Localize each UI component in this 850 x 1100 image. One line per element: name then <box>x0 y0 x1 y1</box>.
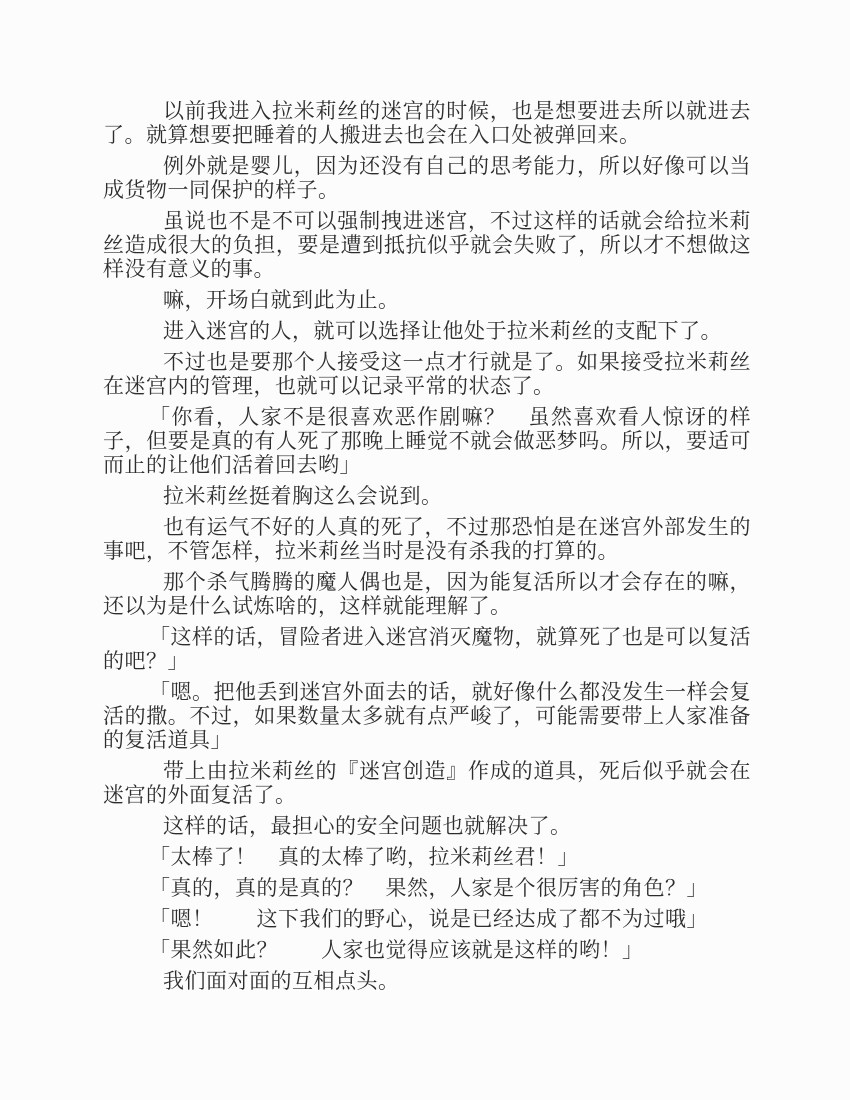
paragraph-narration: 例外就是婴儿，因为还没有自己的思考能力，所以好像可以当成货物一同保护的样子。 <box>103 154 751 202</box>
paragraph-narration: 以前我进入拉米莉丝的迷宫的时候，也是想要进去所以就进去了。就算想要把睡着的人搬进… <box>103 99 751 147</box>
paragraph-dialogue: 「这样的话，冒险者进入迷宫消灭魔物，就算死了也是可以复活的吧？」 <box>103 625 751 673</box>
paragraph-narration: 虽说也不是不可以强制拽进迷宫，不过这样的话就会给拉米莉丝造成很大的负担，要是遭到… <box>103 209 751 281</box>
paragraph-narration: 我们面对面的互相点头。 <box>103 969 751 993</box>
paragraph-narration: 也有运气不好的人真的死了，不过那恐怕是在迷宫外部发生的事吧，不管怎样，拉米莉丝当… <box>103 515 751 563</box>
paragraph-narration: 拉米莉丝挺着胸这么会说到。 <box>103 484 751 508</box>
paragraph-dialogue: 「嗯。把他丢到迷宫外面去的话，就好像什么都没发生一样会复活的撒。不过，如果数量太… <box>103 680 751 752</box>
paragraph-narration: 带上由拉米莉丝的『迷宫创造』作成的道具，死后似乎就会在迷宫的外面复活了。 <box>103 759 751 807</box>
novel-page: 以前我进入拉米莉丝的迷宫的时候，也是想要进去所以就进去了。就算想要把睡着的人搬进… <box>0 0 850 1100</box>
novel-text-container: 以前我进入拉米莉丝的迷宫的时候，也是想要进去所以就进去了。就算想要把睡着的人搬进… <box>103 99 751 1000</box>
paragraph-dialogue: 「太棒了！ 真的太棒了哟，拉米莉丝君！」 <box>103 845 751 869</box>
paragraph-dialogue: 「真的，真的是真的？ 果然，人家是个很厉害的角色？」 <box>103 876 751 900</box>
paragraph-narration: 进入迷宫的人，就可以选择让他处于拉米莉丝的支配下了。 <box>103 319 751 343</box>
paragraph-narration: 嘛，开场白就到此为止。 <box>103 288 751 312</box>
paragraph-narration: 不过也是要那个人接受这一点才行就是了。如果接受拉米莉丝在迷宫内的管理，也就可以记… <box>103 350 751 398</box>
paragraph-dialogue: 「果然如此？ 人家也觉得应该就是这样的哟！」 <box>103 938 751 962</box>
paragraph-narration: 这样的话，最担心的安全问题也就解决了。 <box>103 814 751 838</box>
paragraph-dialogue: 「嗯！ 这下我们的野心，说是已经达成了都不为过哦」 <box>103 907 751 931</box>
paragraph-dialogue: 「你看，人家不是很喜欢恶作剧嘛？ 虽然喜欢看人惊讶的样子，但要是真的有人死了那晚… <box>103 405 751 477</box>
paragraph-narration: 那个杀气腾腾的魔人偶也是，因为能复活所以才会存在的嘛，还以为是什么试炼啥的，这样… <box>103 570 751 618</box>
